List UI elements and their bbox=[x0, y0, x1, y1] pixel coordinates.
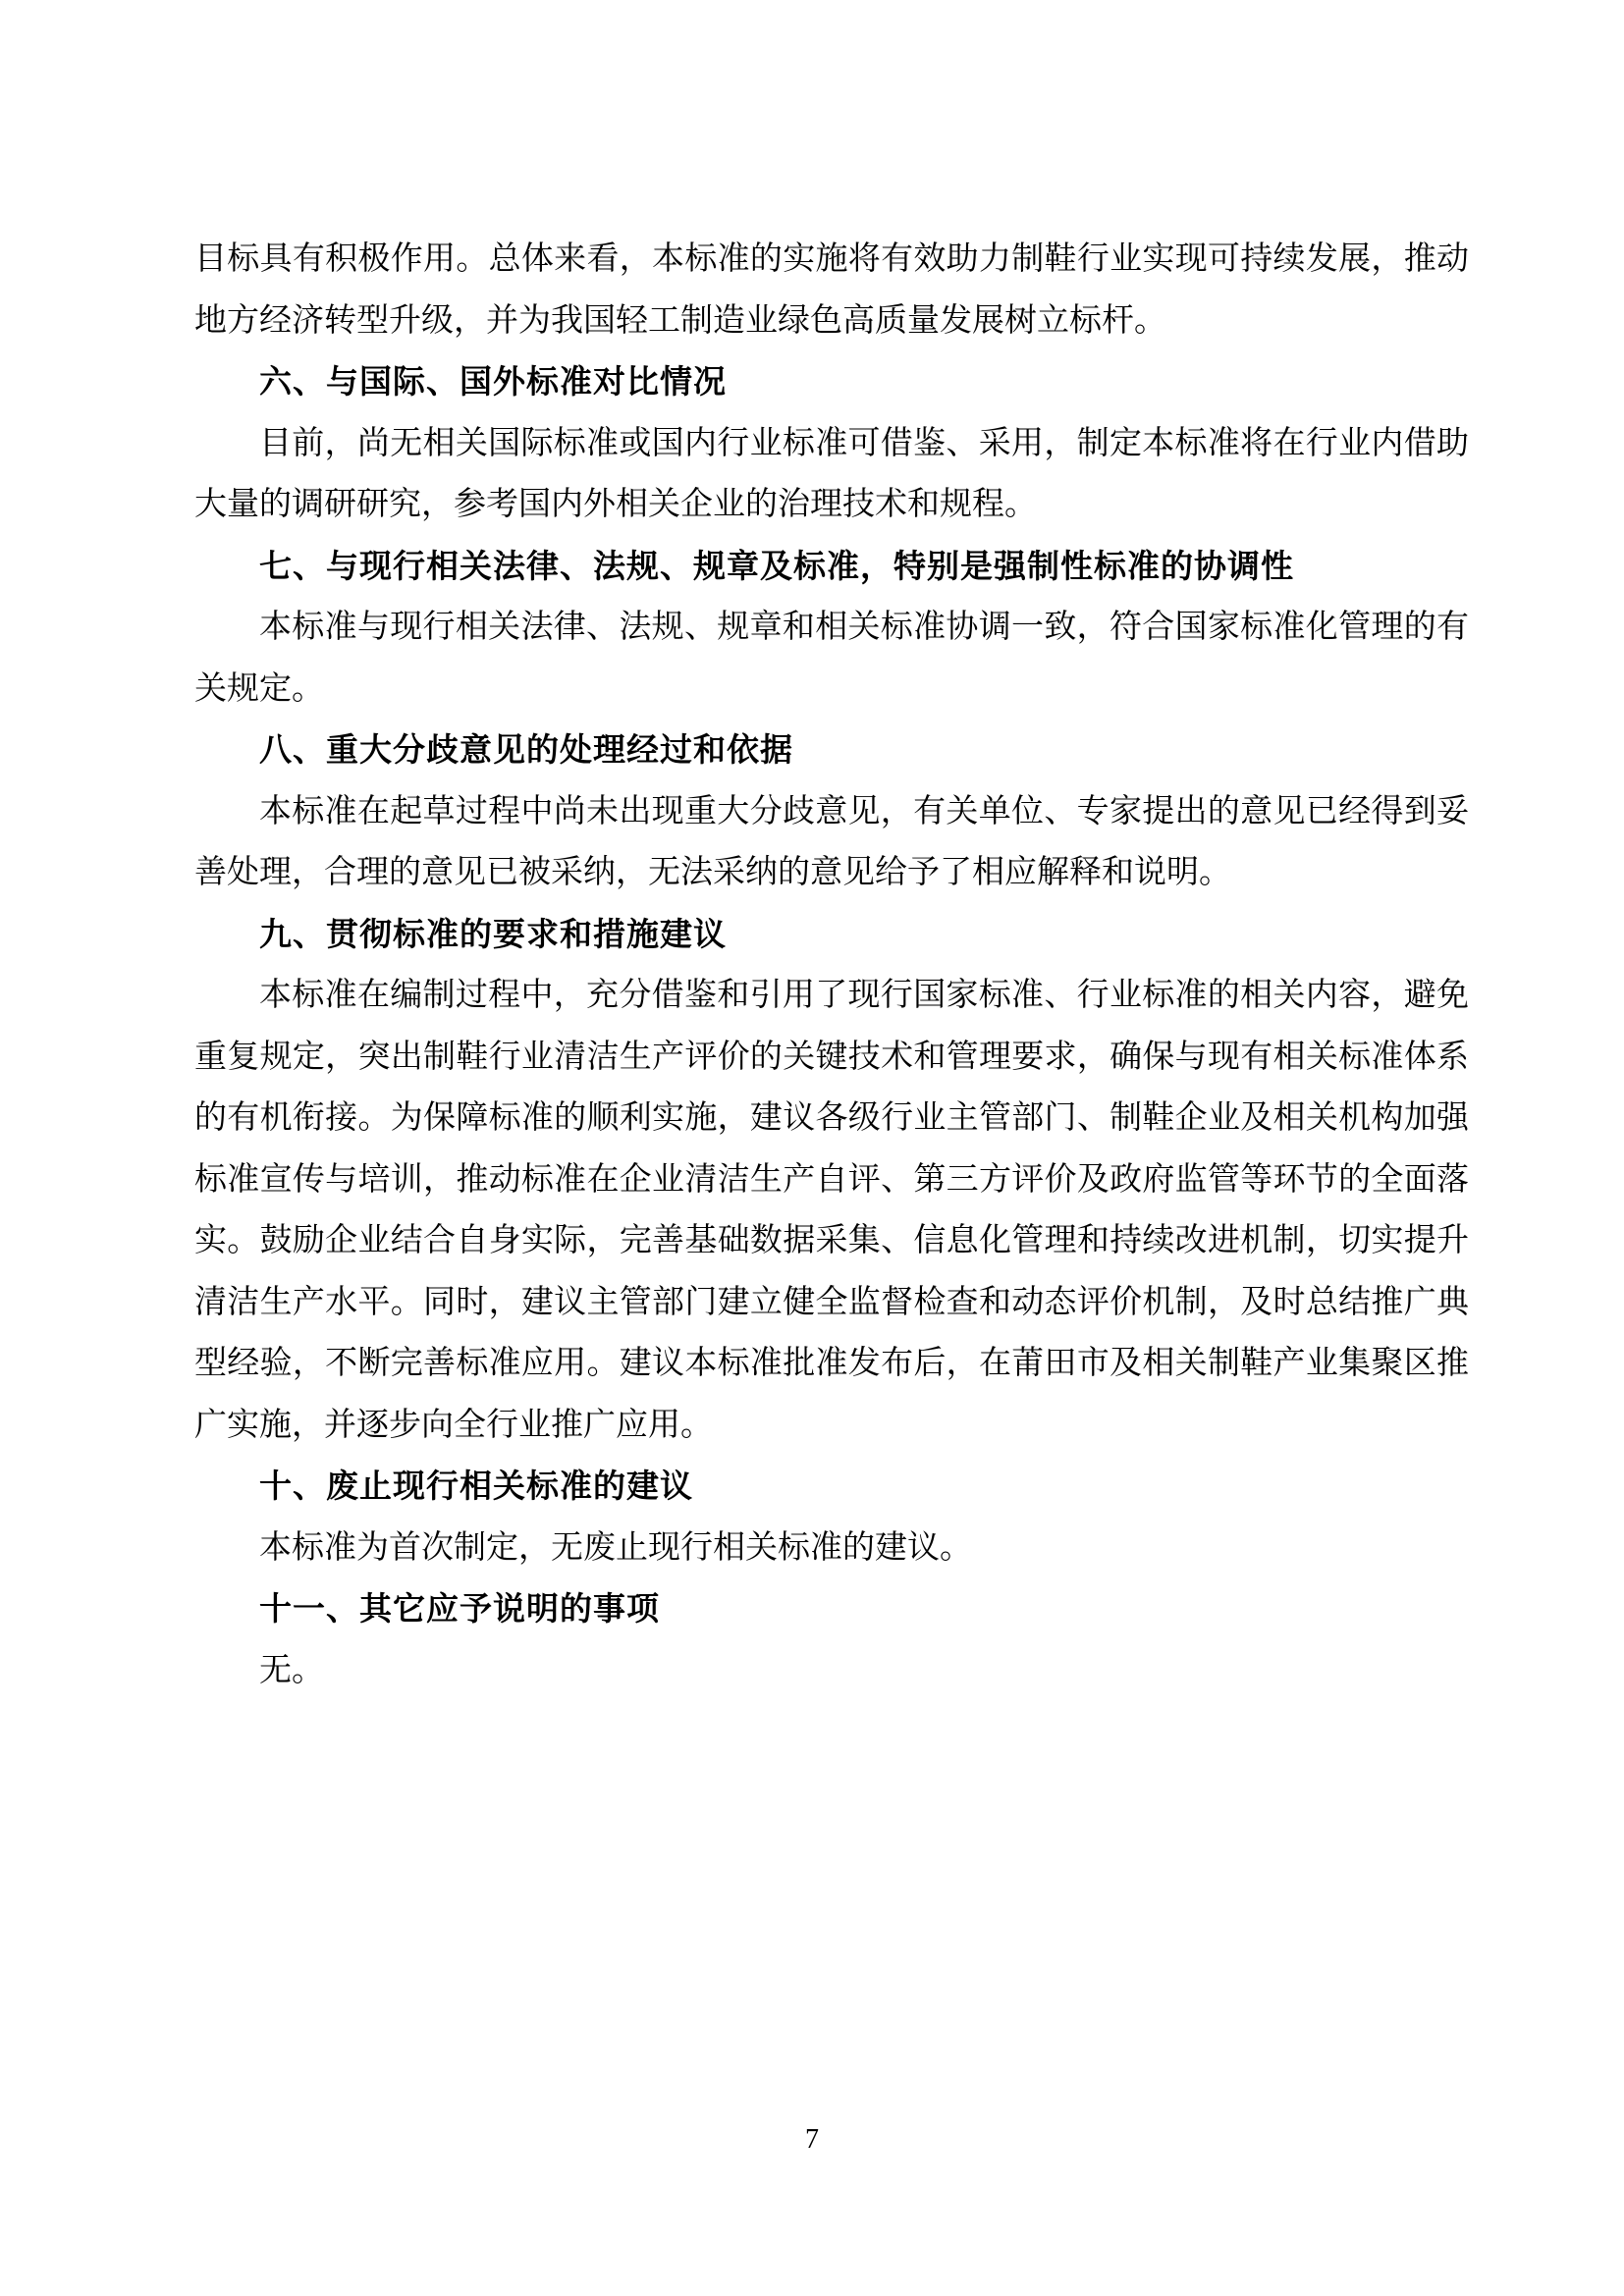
paragraph-section-7: 本标准与现行相关法律、法规、规章和相关标准协调一致，符合国家标准化管理的有关规定… bbox=[194, 597, 1469, 720]
section-heading-7: 七、与现行相关法律、法规、规章及标准，特别是强制性标准的协调性 bbox=[194, 536, 1469, 598]
paragraph-section-11: 无。 bbox=[194, 1640, 1469, 1702]
page-number: 7 bbox=[805, 2124, 819, 2155]
document-page: 目标具有积极作用。总体来看，本标准的实施将有效助力制鞋行业实现可持续发展，推动地… bbox=[0, 0, 1624, 2296]
paragraph-section-6: 目前，尚无相关国际标准或国内行业标准可借鉴、采用，制定本标准将在行业内借助大量的… bbox=[194, 413, 1469, 536]
section-heading-8: 八、重大分歧意见的处理经过和依据 bbox=[194, 720, 1469, 781]
section-heading-6: 六、与国际、国外标准对比情况 bbox=[194, 351, 1469, 413]
section-heading-11: 十一、其它应予说明的事项 bbox=[194, 1578, 1469, 1640]
paragraph-section-10: 本标准为首次制定，无废止现行相关标准的建议。 bbox=[194, 1518, 1469, 1579]
paragraph-section-9: 本标准在编制过程中，充分借鉴和引用了现行国家标准、行业标准的相关内容，避免重复规… bbox=[194, 965, 1469, 1456]
paragraph-section-8: 本标准在起草过程中尚未出现重大分歧意见，有关单位、专家提出的意见已经得到妥善处理… bbox=[194, 781, 1469, 904]
paragraph-continuation: 目标具有积极作用。总体来看，本标准的实施将有效助力制鞋行业实现可持续发展，推动地… bbox=[194, 229, 1469, 351]
document-body: 目标具有积极作用。总体来看，本标准的实施将有效助力制鞋行业实现可持续发展，推动地… bbox=[194, 229, 1469, 1701]
page-footer: 7 bbox=[0, 2123, 1624, 2157]
section-heading-10: 十、废止现行相关标准的建议 bbox=[194, 1456, 1469, 1518]
section-heading-9: 九、贯彻标准的要求和措施建议 bbox=[194, 904, 1469, 966]
